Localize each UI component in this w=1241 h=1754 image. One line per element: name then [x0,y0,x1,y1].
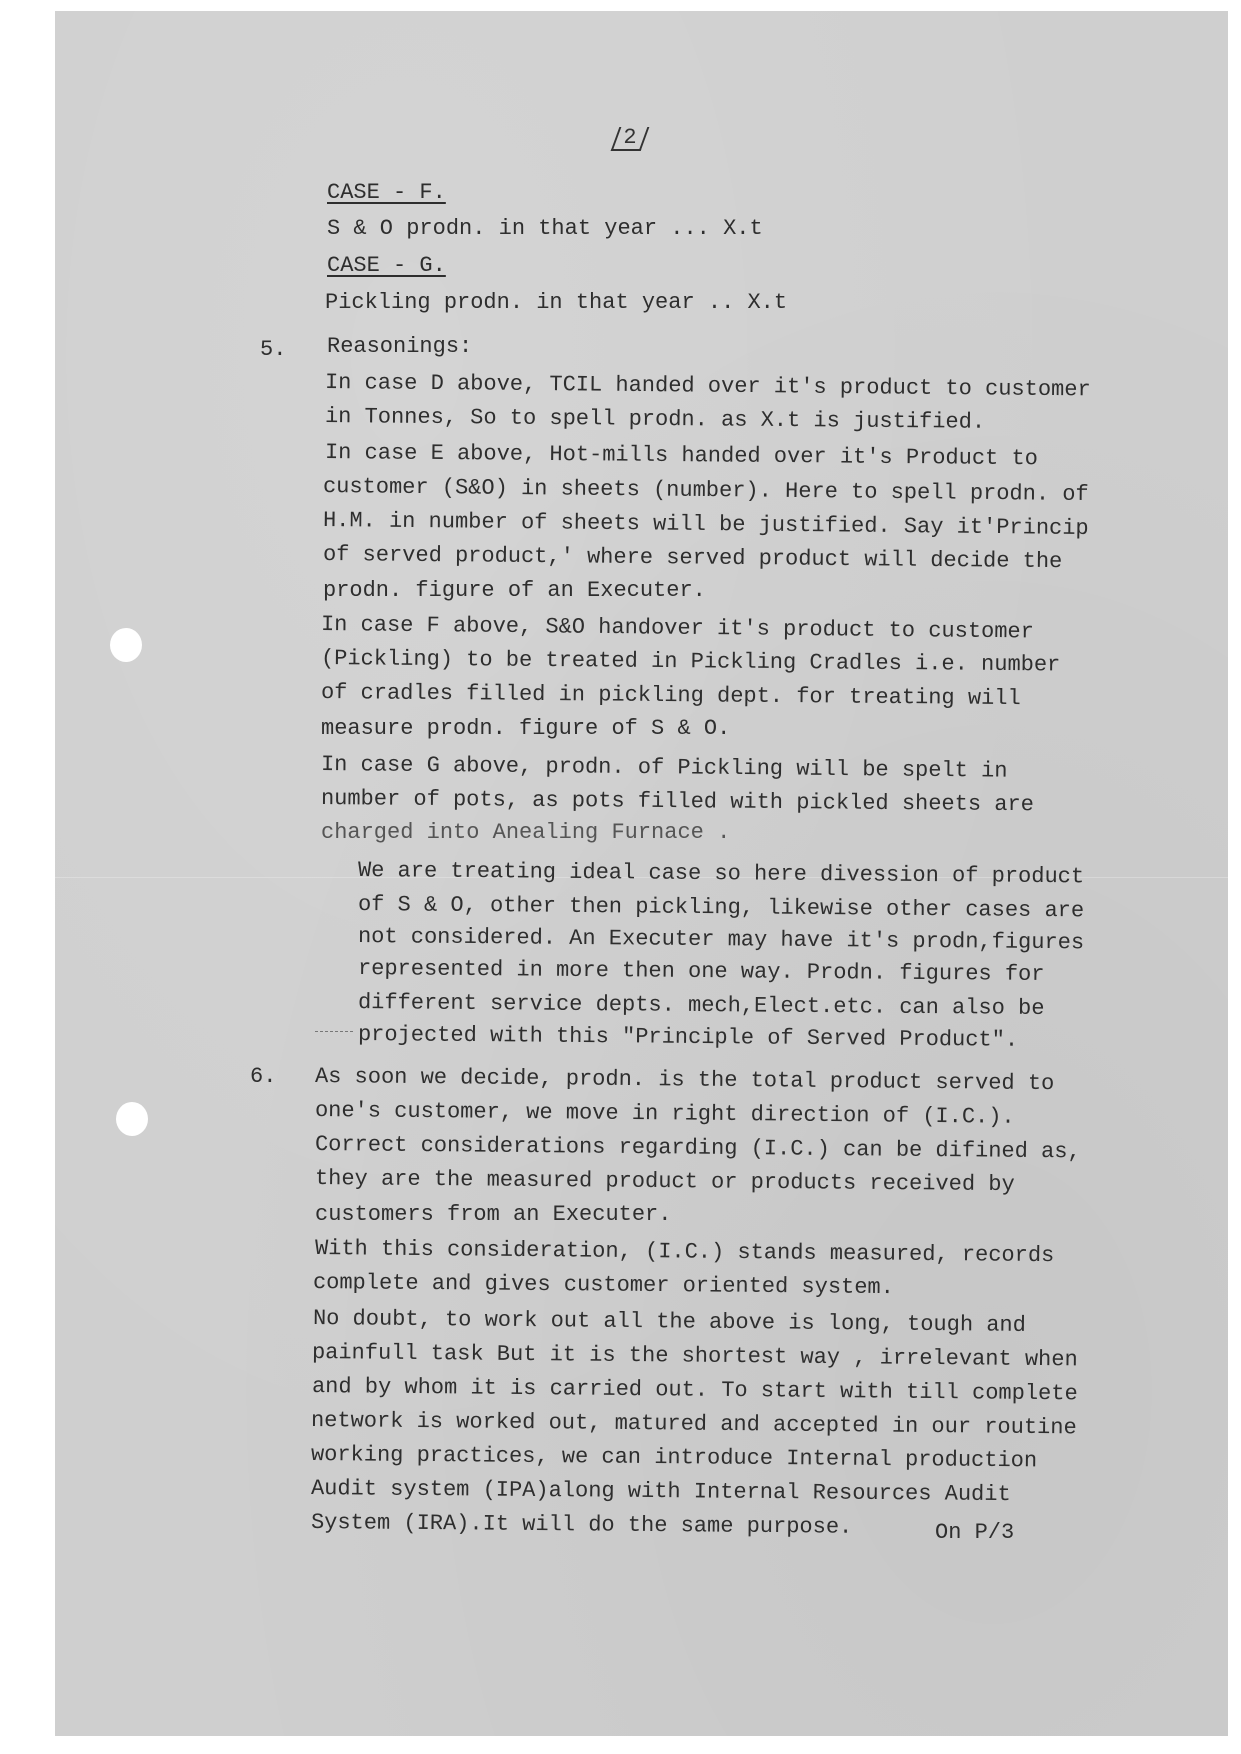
continuation-note: On P/3 [935,1519,1014,1547]
item-5-line: prodn. figure of an Executer. [323,577,706,605]
item-6-line: complete and gives customer oriented sys… [313,1269,894,1302]
item-5-number: 5. [260,337,286,362]
item-6-line: Audit system (IPA)along with Internal Re… [311,1475,1011,1509]
note-line: not considered. An Executer may have it'… [358,923,1084,957]
item-5-line: In case G above, prodn. of Pickling will… [321,751,1008,786]
case-g-text: Pickling prodn. in that year .. X.t [325,289,787,317]
item-5-line: charged into Anealing Furnace . [321,819,730,847]
item-6-line: one's customer, we move in right directi… [315,1097,1015,1132]
item-5-line: H.M. in number of sheets will be justifi… [323,507,1089,543]
item-6-line: No doubt, to work out all the above is l… [313,1305,1026,1340]
case-f-text: S & O prodn. in that year ... X.t [327,215,763,243]
item-6-line: network is worked out, matured and accep… [311,1407,1077,1442]
item-5-title: Reasonings: [327,333,472,361]
item-5-line: In case D above, TCIL handed over it's p… [325,369,1091,404]
item-6-line: and by whom it is carried out. To start … [312,1373,1078,1408]
note-line: projected with this "Principle of Served… [358,1021,1018,1055]
case-f-heading: CASE - F. [327,179,446,207]
item-6-number: 6. [250,1064,276,1089]
item-5-line: customer (S&O) in sheets (number). Here … [323,473,1089,509]
case-g-heading: CASE - G. [327,252,446,280]
item-5-line: measure prodn. figure of S & O. [321,715,730,743]
note-line: of S & O, other then pickling, likewise … [358,891,1084,925]
punch-hole [116,1102,148,1136]
item-5-line: number of pots, as pots filled with pick… [321,785,1034,819]
note-line: represented in more then one way. Prodn.… [358,955,1045,989]
page-number: 2 [615,125,645,151]
dashed-mark [315,1031,353,1032]
item-6-line: System (IRA).It will do the same purpose… [311,1509,853,1542]
item-5-line: In case F above, S&O handover it's produ… [321,611,1034,646]
note-line: different service depts. mech,Elect.etc.… [358,989,1045,1023]
punch-hole [110,628,142,662]
item-6-line: painfull task But it is the shortest way… [312,1339,1078,1374]
item-6-line: Correct considerations regarding (I.C.) … [315,1131,1081,1166]
item-5-line: in Tonnes, So to spell prodn. as X.t is … [325,403,985,437]
item-6-line: customers from an Executer. [315,1201,671,1229]
item-6-line: working practices, we can introduce Inte… [311,1441,1037,1475]
note-line: We are treating ideal case so here dives… [358,857,1084,891]
item-5-line: of cradles filled in pickling dept. for … [321,679,1021,713]
item-6-line: As soon we decide, prodn. is the total p… [315,1063,1055,1098]
item-6-line: With this consideration, (I.C.) stands m… [315,1235,1055,1270]
scanned-page: 2 CASE - F. S & O prodn. in that year ..… [55,11,1228,1736]
item-5-line: of served product,' where served product… [323,541,1063,576]
item-5-line: (Pickling) to be treated in Pickling Cra… [321,645,1061,679]
item-6-line: they are the measured product or product… [315,1165,1015,1199]
item-5-line: In case E above, Hot-mills handed over i… [325,439,1038,473]
